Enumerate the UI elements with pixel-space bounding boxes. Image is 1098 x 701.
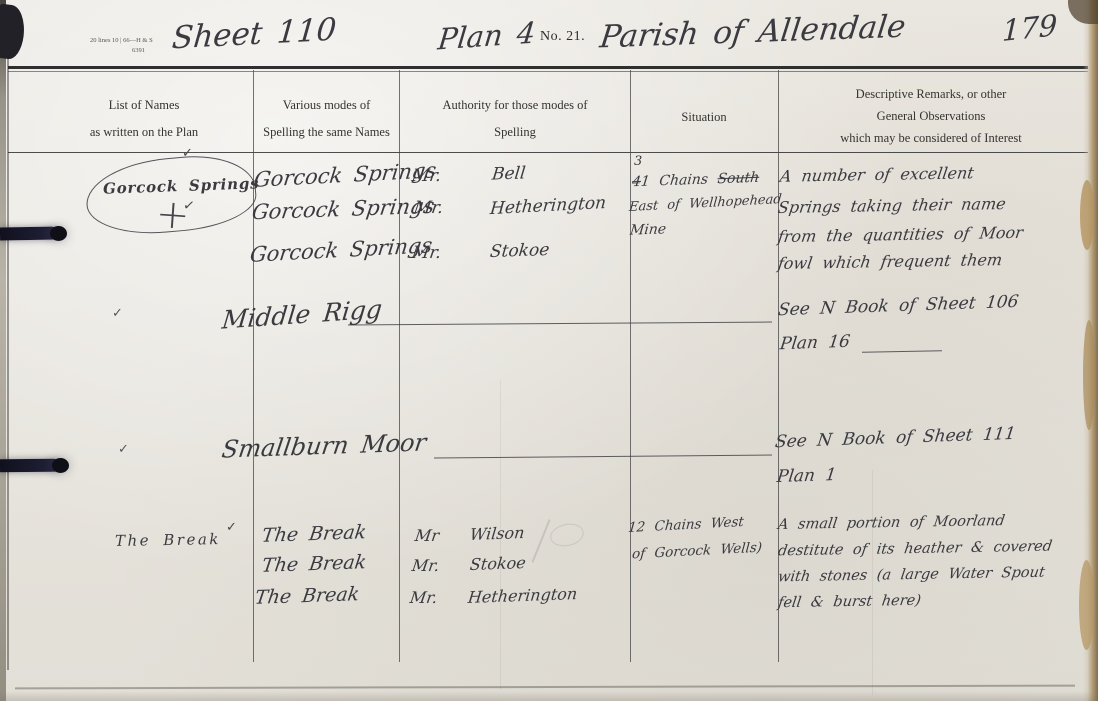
torn-edge-blob <box>1083 320 1095 430</box>
spelling-line: The Break <box>260 521 367 547</box>
header-top-rule <box>8 66 1088 69</box>
bottom-crease <box>15 685 1075 689</box>
ditto-dash <box>434 455 772 459</box>
authority-prefix: Mr. <box>411 243 443 263</box>
pencil-scribble <box>548 521 586 550</box>
table-column-line <box>630 70 631 662</box>
header-bottom-rule <box>8 152 1088 153</box>
form-number: No. 21. <box>540 29 585 45</box>
cross-mark: + <box>154 191 191 239</box>
printer-imprint: 20 lines 10 | 66—H & S 6391 <box>90 36 153 56</box>
header-line: List of Names <box>109 92 180 119</box>
check-mark: ✓ <box>226 520 237 535</box>
situation-correction: 3 <box>634 154 642 169</box>
check-mark: ✓ <box>112 306 123 321</box>
spelling-line: The Break <box>253 583 360 609</box>
paper-crease <box>872 470 873 695</box>
sheet-number: Sheet 110 <box>171 12 338 57</box>
authority-prefix: Mr. <box>413 198 445 218</box>
authority-name: Stokoe <box>489 240 550 262</box>
remark-line: from the quantities of Moor <box>777 223 1025 246</box>
situation-line: East of Wellhopehead <box>628 192 782 215</box>
header-line: Situation <box>681 104 726 131</box>
scanned-name-book-page: 20 lines 10 | 66—H & S 6391 Sheet 110 Pl… <box>0 0 1098 701</box>
remark-line: A small portion of Moorland <box>777 513 1006 533</box>
page-edge-line <box>7 40 9 670</box>
authority-name: Hetherington <box>467 584 578 607</box>
authority-prefix: Mr. <box>411 556 441 575</box>
plan-number: Plan 4 <box>436 15 537 56</box>
binding-hole <box>52 458 69 473</box>
spelling-line: The Break <box>260 551 367 577</box>
check-mark: ✓ <box>182 146 193 161</box>
remark-line: fell & burst here) <box>777 593 922 612</box>
parish-title: Parish of Allendale <box>598 9 908 56</box>
situation-line: of Gorcock Wells) <box>631 540 762 563</box>
authority-name: Stokoe <box>469 553 527 574</box>
bottom-shade <box>0 691 1098 701</box>
authority-name: Bell <box>491 163 527 184</box>
spelling-line: Gorcock Springs <box>249 233 434 267</box>
spelling-line: Smallburn Moor <box>220 428 428 463</box>
folio-number: 179 <box>1002 8 1058 48</box>
ditto-dash <box>348 322 772 326</box>
remark-line: fowl which frequent them <box>777 250 1004 273</box>
plan-name-the-break: The Break <box>115 530 221 550</box>
remark-line: destitute of its heather & covered <box>777 539 1053 560</box>
paper-sheet: 20 lines 10 | 66—H & S 6391 Sheet 110 Pl… <box>0 0 1098 701</box>
torn-edge-blob <box>1080 180 1094 250</box>
torn-corner <box>1068 0 1098 24</box>
remark-line: See N Book of Sheet 106 <box>777 292 1020 320</box>
header-list-of-names: List of Names as written on the Plan <box>38 92 250 146</box>
page-left-edge <box>0 0 6 701</box>
remark-line: Plan 1 <box>776 465 838 487</box>
torn-edge-blob <box>1079 560 1094 650</box>
remark-line: See N Book of Sheet 111 <box>774 424 1017 452</box>
remark-line: Springs taking their name <box>777 194 1007 217</box>
header-line: as written on the Plan <box>90 119 198 146</box>
situation-chains: 1 Chains <box>640 172 709 190</box>
header-top-rule-double <box>8 71 1088 72</box>
authority-name: Wilson <box>469 523 526 544</box>
table-column-line <box>253 70 254 662</box>
header-line: General Observations <box>877 106 986 128</box>
ditto-dash <box>862 350 942 352</box>
remark-line: with stones (a large Water Spout <box>777 565 1046 586</box>
header-line: Descriptive Remarks, or other <box>856 84 1007 106</box>
spelling-line: Gorcock Springs <box>250 194 436 224</box>
printer-imprint-line2: 6391 <box>90 47 145 54</box>
authority-name: Hetherington <box>489 193 607 219</box>
printer-imprint-line1: 20 lines 10 | 66—H & S <box>90 37 153 44</box>
header-modes-of-spelling: Various modes of Spelling the same Names <box>256 92 397 146</box>
situation-line: Mine <box>629 221 667 238</box>
header-authority: Authority for those modes of Spelling <box>402 92 628 146</box>
header-situation: Situation <box>632 104 776 131</box>
header-line: Spelling <box>494 119 536 146</box>
check-mark: ✓ <box>118 442 129 457</box>
pencil-scribble <box>531 519 550 562</box>
authority-prefix: Mr. <box>409 588 439 607</box>
header-line: Various modes of <box>283 92 371 119</box>
spelling-line: Gorcock Springs <box>253 158 438 192</box>
remark-line: Plan 16 <box>779 332 851 355</box>
authority-prefix: Mr. <box>411 166 443 186</box>
remark-line: A number of excellent <box>779 163 976 185</box>
paper-crease <box>500 380 501 690</box>
situation-line: 12 Chains West <box>627 514 744 536</box>
header-line: which may be considered of Interest <box>840 128 1022 150</box>
header-descriptive-remarks: Descriptive Remarks, or other General Ob… <box>781 84 1081 150</box>
spelling-line: Middle Rigg <box>221 294 384 334</box>
authority-prefix: Mr <box>414 526 441 545</box>
header-line: Authority for those modes of <box>442 92 587 119</box>
header-line: Spelling the same Names <box>263 119 390 146</box>
table-column-line <box>399 70 400 662</box>
corner-ink-blot <box>0 3 27 60</box>
binding-hole <box>50 226 67 241</box>
struck-word: South <box>717 170 760 188</box>
situation-line: 41 Chains South <box>631 170 760 191</box>
